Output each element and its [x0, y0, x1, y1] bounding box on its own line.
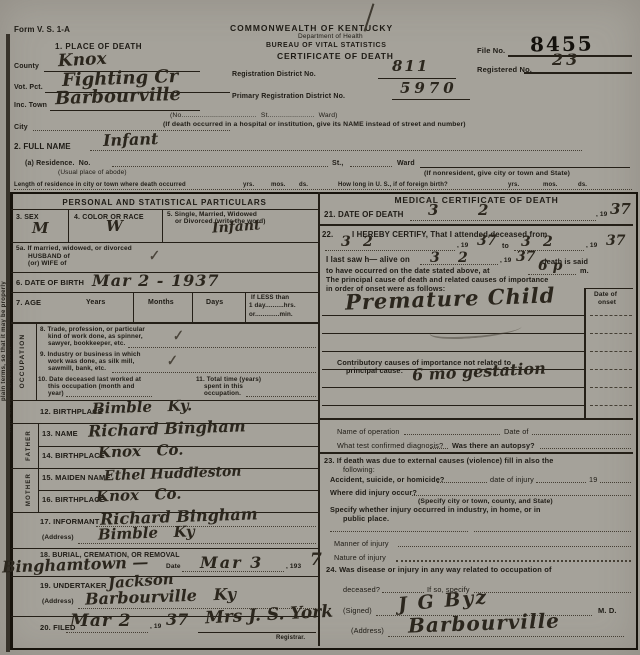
registrar-label: Registrar. [276, 635, 305, 641]
death-certificate-scan: plain terms, so that it may be properly … [0, 0, 640, 655]
rule [320, 418, 633, 420]
rule [420, 167, 630, 168]
rule [11, 292, 318, 293]
filed-date-value: Mar 2 [70, 613, 132, 630]
birthplace-value: Bimble Ky. [92, 398, 193, 416]
item22-number: 22. [322, 231, 333, 239]
residence-label: (a) Residence. No. [25, 160, 90, 167]
signed-label: (Signed) [343, 607, 372, 615]
primary-district-value: 5970 [400, 81, 458, 96]
burial-19-label: , 193 [286, 564, 301, 571]
address-label: (Address) [351, 627, 384, 635]
age-months-label: Months [148, 299, 174, 306]
rule [198, 632, 316, 633]
accident-label: Accident, suicide, or homicide? [330, 476, 445, 484]
rule [246, 396, 316, 397]
burial-date-value: Mar 3 [200, 555, 263, 571]
county-label: County [14, 63, 39, 70]
age-label: 7. AGE [16, 299, 41, 307]
rule [133, 292, 134, 322]
age-less-label1: If LESS than [251, 295, 289, 302]
street-line: (No.....................................… [170, 112, 338, 119]
age-days-label: Days [206, 299, 223, 306]
occurred-text: to have occurred on the date stated abov… [326, 267, 490, 275]
test-label: What test confirmed diagnosis? [337, 442, 443, 450]
form-number: Form V. S. 1-A [14, 26, 70, 34]
dod-day: 2 [478, 203, 488, 218]
rule [474, 592, 631, 593]
hospital-note: (If death occurred in a hospital or inst… [163, 121, 466, 128]
to-19-label: , 19 [586, 243, 597, 250]
manner-label: Manner of injury [334, 540, 389, 548]
registered-no-label: Registered No. [477, 66, 532, 74]
mother-group-label: MOTHER [26, 469, 32, 510]
filed-19-label: , 19 [150, 624, 161, 631]
precinct-label: Vot. Pct. [14, 84, 43, 91]
from-year: 37 [477, 234, 496, 248]
lastsaw-year: 37 [516, 250, 535, 264]
age-less-label3: or.............min. [249, 312, 293, 319]
residence-ward-label: Ward [397, 160, 415, 167]
rule [330, 531, 468, 532]
informant-label: 17. INFORMANT [40, 518, 99, 526]
item11-label3: occupation. [204, 391, 241, 398]
from-19-label: , 19 [457, 243, 468, 250]
informant-addr-value: Bimble Ky [98, 524, 195, 542]
item5a-checkmark: ✓ [147, 249, 160, 264]
deceased-label: deceased? [343, 586, 380, 594]
commonwealth-title: COMMONWEALTH OF KENTUCKY [230, 24, 393, 33]
rule [410, 220, 596, 221]
age-less-label2: 1 day..........hrs. [249, 303, 296, 310]
rule [68, 209, 69, 242]
dod-19-label: , 19 [596, 212, 607, 219]
father-group-label: FATHER [26, 425, 32, 466]
personal-title: PERSONAL AND STATISTICAL PARTICULARS [11, 199, 318, 207]
to-month: 3 [521, 235, 531, 249]
dod-month: 3 [428, 203, 438, 218]
rule [50, 110, 200, 111]
filed-year-value: 37 [166, 612, 188, 628]
certificate-title: CERTIFICATE OF DEATH [277, 52, 394, 61]
rule [11, 242, 318, 243]
bureau-title: BUREAU OF VITAL STATISTICS [266, 42, 386, 49]
ds2-label: ds. [578, 182, 587, 188]
item23-text2: following: [343, 466, 375, 474]
age-years-label: Years [86, 299, 105, 306]
rule [66, 396, 152, 397]
rule [590, 405, 632, 406]
rule [11, 322, 318, 324]
to-label: to [502, 243, 509, 250]
rule [90, 150, 582, 151]
specify-text1: Specify whether injury occurred in indus… [330, 506, 541, 514]
m-label: m. [580, 267, 589, 275]
item8-label3: sawyer, bookkeeper, etc. [48, 341, 125, 348]
rule [36, 322, 37, 400]
rule [322, 315, 584, 316]
date-of-label: Date of [504, 428, 529, 436]
abode-note: (Usual place of abode) [58, 170, 127, 177]
nonresident-note: (If nonresident, give city or town and S… [424, 170, 570, 177]
rule [532, 434, 631, 435]
to-year: 37 [606, 234, 625, 248]
primary-district-label: Primary Registration District No. [232, 93, 345, 100]
registered-no-value: 23 [552, 52, 580, 68]
burial-year-value: 7 [310, 552, 322, 569]
item10-label3: year) [48, 391, 64, 398]
rule [322, 405, 584, 406]
dod-label: 21. DATE OF DEATH [324, 211, 404, 219]
certify-text: I HEREBY CERTIFY, That I attended deceas… [352, 231, 547, 239]
rule [112, 166, 328, 167]
from-day: 2 [363, 235, 373, 249]
city-label: City [14, 124, 28, 131]
marital-value: Infant [212, 218, 261, 235]
lastsaw-text: I last saw h— alive on [326, 256, 410, 264]
lastsaw-month: 3 [430, 251, 440, 265]
yrs-label: yrs. [243, 182, 254, 188]
rule [590, 369, 632, 370]
contributory-text2: principal cause: [346, 367, 403, 375]
item23-text1: 23. If death was due to external causes … [324, 457, 553, 465]
mother-bp-value: Knox Co. [96, 487, 182, 505]
file-no-label: File No. [477, 47, 505, 55]
full-name-value: Infant [103, 131, 159, 149]
cause-of-death-value: Premature Child [345, 284, 556, 312]
from-month: 3 [341, 235, 351, 249]
rule [350, 166, 392, 167]
reg-district-label: Registration District No. [232, 71, 316, 78]
rule [392, 99, 470, 100]
residence-st-label: St., [332, 160, 344, 167]
rule [128, 347, 316, 348]
race-value: W [106, 219, 123, 234]
item9-checkmark: ✓ [165, 354, 178, 369]
operation-label: Name of operation [337, 428, 400, 436]
rule [398, 546, 631, 547]
rule [540, 448, 631, 449]
undertaker-addr-label: (Address) [42, 599, 74, 606]
rule [590, 333, 632, 334]
informant-addr-label: (Address) [42, 535, 74, 542]
foreign-label: How long in U. S., if of foreign birth? [338, 182, 448, 188]
medical-title: MEDICAL CERTIFICATE OF DEATH [320, 196, 633, 205]
lastsaw-19-label: , 19 [500, 258, 511, 265]
yrs2-label: yrs. [508, 182, 519, 188]
rule [584, 288, 633, 289]
rule [474, 531, 631, 532]
autopsy-label: Was there an autopsy? [452, 442, 535, 450]
onset-label2: onset [598, 300, 616, 307]
onset-box-border [584, 288, 586, 418]
dept-title: Department of Health [298, 34, 363, 41]
rule [404, 434, 500, 435]
rule [412, 495, 631, 496]
rule [536, 482, 586, 483]
dob-value: Mar 2 - 1937 [92, 273, 220, 289]
length-label: Length of residence in city or town wher… [14, 182, 186, 188]
rule [590, 351, 632, 352]
father-bp-value: Knox Co. [98, 443, 184, 461]
town-value: Barbourville [55, 86, 182, 108]
rule [396, 560, 631, 562]
where-label: Where did injury occur? [330, 489, 417, 497]
principal-text1: The principal cause of death and related… [326, 276, 548, 284]
rule [320, 452, 633, 454]
md-label: M. D. [598, 607, 617, 615]
to-day: 2 [543, 235, 553, 249]
item8-checkmark: ✓ [171, 329, 184, 344]
item24-text: 24. Was disease or injury in any way rel… [326, 566, 552, 574]
rule [11, 209, 318, 210]
ds-label: ds. [299, 182, 308, 188]
rule [66, 632, 148, 633]
injury-19-label: 19 [589, 476, 597, 484]
mos-label: mos. [271, 182, 286, 188]
county-value: Knox [58, 51, 107, 71]
dod-year: 37 [610, 202, 631, 217]
rule [11, 548, 318, 549]
physician-address: Barbourville [408, 610, 561, 635]
occupation-group-label: OCCUPATION [20, 324, 27, 398]
rule [245, 292, 246, 322]
reg-district-value: 811 [392, 59, 429, 74]
item5a-label: 5a. If married, widowed, or divorced [16, 246, 132, 253]
wife-label: (or) WIFE of [28, 261, 67, 268]
onset-label1: Date of [594, 292, 617, 299]
rule [590, 387, 632, 388]
rule [590, 315, 632, 316]
nature-label: Nature of injury [334, 554, 386, 562]
dob-label: 6. DATE OF BIRTH [16, 279, 84, 287]
rule [320, 224, 633, 226]
rule [322, 351, 584, 352]
father-name-label: 13. NAME [42, 430, 78, 438]
rule [192, 292, 193, 322]
rule [524, 72, 632, 74]
rule [162, 209, 163, 242]
full-name-label: 2. FULL NAME [14, 143, 71, 151]
father-bp-label: 14. BIRTHPLACE [42, 452, 105, 460]
specify-text2: public place. [343, 515, 389, 523]
mos2-label: mos. [543, 182, 558, 188]
rule [14, 189, 632, 190]
lastsaw-day: 2 [458, 251, 468, 265]
town-label: Inc. Town [14, 102, 47, 109]
sex-value: M [32, 221, 49, 236]
rule [112, 372, 316, 373]
date-of-injury-label: date of injury [490, 476, 534, 484]
hour-value: 6 p [538, 259, 562, 273]
rule [600, 482, 631, 483]
rule [322, 387, 584, 388]
mother-name-label: 15. MAIDEN NAME [42, 474, 111, 482]
item9-label3: sawmill, bank, etc. [48, 366, 106, 373]
